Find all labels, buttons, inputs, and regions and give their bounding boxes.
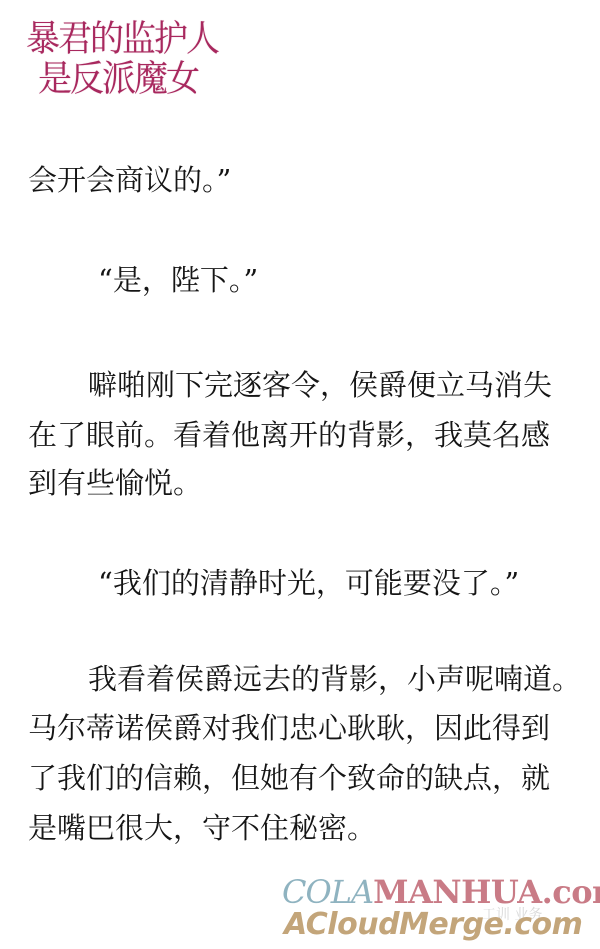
text-line-9: 了我们的信赖，但她有个致命的缺点，就 — [28, 761, 550, 795]
comic-title-logo: 暴君的监护人 是反派魔女 — [26, 16, 226, 108]
watermark-acloudmerge: ACloudMerge.com — [284, 908, 582, 942]
text-line-2: “是，陛下。” — [98, 263, 258, 297]
watermark-line-1: COLAMANHUA.com — [282, 874, 600, 910]
text-line-1: 会开会商议的。” — [28, 163, 231, 197]
watermark: COLAMANHUA.com 工训 业务 ACloudMerge.com — [282, 874, 600, 946]
logo-title-line-1: 暴君的监护人 — [26, 19, 218, 59]
text-line-6: “我们的清静时光，可能要没了。” — [98, 566, 519, 600]
text-line-7: 我看着侯爵远去的背影，小声呢喃道。 — [88, 662, 581, 696]
text-line-3: 噼啪刚下完逐客令，侯爵便立马消失 — [88, 368, 552, 402]
logo-title-line-2: 是反派魔女 — [38, 59, 198, 99]
text-line-8: 马尔蒂诺侯爵对我们忠心耿耿，因此得到 — [28, 711, 550, 745]
watermark-cola: COLA — [282, 873, 373, 911]
text-line-10: 是嘴巴很大，守不住秘密。 — [28, 811, 376, 845]
text-line-4: 在了眼前。看着他离开的背影，我莫名感 — [28, 418, 550, 452]
text-line-5: 到有些愉悦。 — [28, 466, 202, 500]
